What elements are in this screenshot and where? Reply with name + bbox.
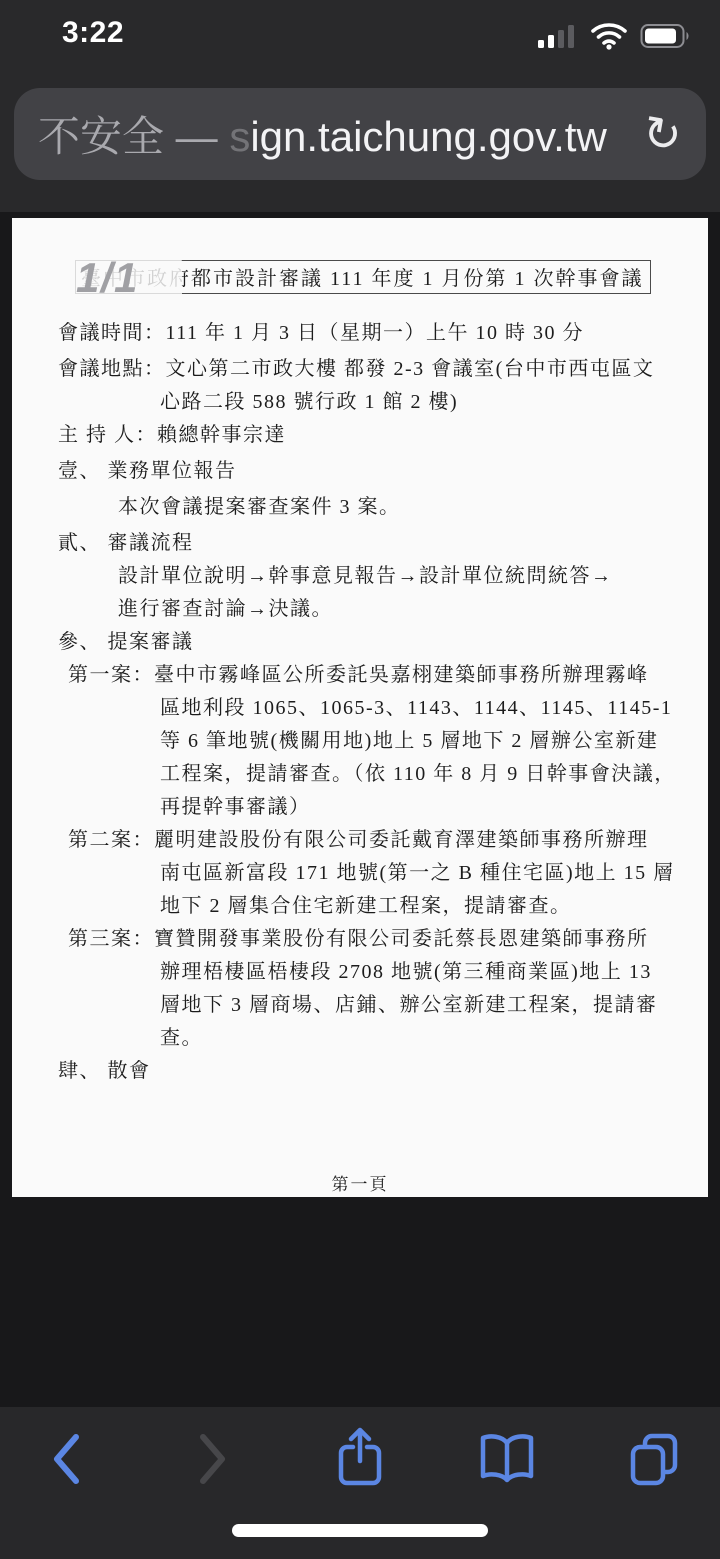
url-text: 不安全 — sign.taichung.gov.tw	[38, 104, 631, 164]
status-time: 3:22	[62, 16, 124, 50]
doc-section4-heading: 肆、 散會	[58, 1055, 708, 1088]
doc-section2-line2: 進行審查討論→決議。	[118, 593, 708, 626]
tabs-button[interactable]	[622, 1423, 686, 1499]
document-page: 1/1 臺中市政府都市設計審議 111 年度 1 月份第 1 次幹事會議 會議時…	[12, 218, 708, 1197]
url-domain: sign.taichung.gov.tw	[229, 113, 606, 161]
bookmarks-button[interactable]	[475, 1423, 539, 1499]
home-indicator[interactable]	[232, 1524, 488, 1537]
page-count-overlay: 1/1	[48, 248, 182, 310]
browser-top-chrome: 3:22	[0, 0, 720, 212]
page-count-label: 1/1	[76, 254, 139, 302]
wifi-icon	[590, 22, 628, 55]
doc-page-footer: 第一頁	[12, 1170, 708, 1195]
doc-line-location-1: 會議地點：文心第二市政大樓 都發 2-3 會議室(台中市西屯區文	[58, 353, 708, 386]
doc-case2-line2: 南屯區新富段 171 地號(第一之 B 種住宅區)地上 15 層	[160, 857, 708, 890]
browser-toolbar	[0, 1407, 720, 1559]
doc-line-chair: 主 持 人：賴總幹事宗達	[58, 419, 708, 452]
doc-section2-heading: 貳、 審議流程	[58, 527, 708, 560]
share-button[interactable]	[328, 1423, 392, 1499]
doc-section1-heading: 壹、 業務單位報告	[58, 455, 708, 488]
chevron-forward-icon	[196, 1430, 230, 1493]
doc-case3-line3: 層地下 3 層商場、店鋪、辦公室新建工程案，提請審	[160, 989, 708, 1022]
url-bar[interactable]: 不安全 — sign.taichung.gov.tw ↻	[14, 88, 706, 180]
forward-button[interactable]	[181, 1423, 245, 1499]
battery-icon	[640, 22, 692, 55]
doc-section2-line1: 設計單位說明→幹事意見報告→設計單位統問統答→	[118, 560, 708, 593]
status-bar: 3:22	[0, 0, 720, 60]
open-book-icon	[478, 1431, 536, 1492]
doc-line-location-2: 心路二段 588 號行政 1 館 2 樓)	[160, 386, 708, 419]
doc-case1-line2: 區地利段 1065、1065-3、1143、1144、1145、1145-1	[160, 692, 708, 725]
doc-case1-line1: 第一案：臺中市霧峰區公所委託吳嘉栩建築師事務所辦理霧峰	[68, 659, 708, 692]
doc-case3-line4: 查。	[160, 1022, 708, 1055]
doc-case1-line4: 工程案，提請審查。（依 110 年 8 月 9 日幹事會決議，	[160, 758, 708, 791]
doc-line-meeting-time: 會議時間：111 年 1 月 3 日（星期一）上午 10 時 30 分	[58, 317, 708, 350]
doc-case3-line2: 辦理梧棲區梧棲段 2708 地號(第三種商業區)地上 13	[160, 956, 708, 989]
doc-section1-body: 本次會議提案審查案件 3 案。	[118, 491, 708, 524]
cellular-signal-icon	[538, 22, 578, 55]
doc-case2-line1: 第二案：麗明建設股份有限公司委託戴育澤建築師事務所辦理	[68, 824, 708, 857]
tab-overview-icon	[627, 1430, 681, 1493]
doc-case1-line5: 再提幹事審議）	[160, 791, 708, 824]
doc-case1-line3: 等 6 筆地號(機關用地)地上 5 層地下 2 層辦公室新建	[160, 725, 708, 758]
chevron-back-icon	[49, 1430, 83, 1493]
doc-case2-line3: 地下 2 層集合住宅新建工程案，提請審查。	[160, 890, 708, 923]
doc-case3-line1: 第三案：寶贊開發事業股份有限公司委託蔡長恩建築師事務所	[68, 923, 708, 956]
url-security-label: 不安全 —	[38, 113, 229, 160]
reload-icon[interactable]: ↻	[640, 108, 686, 160]
share-icon	[335, 1427, 385, 1496]
back-button[interactable]	[34, 1423, 98, 1499]
doc-section3-heading: 參、 提案審議	[58, 626, 708, 659]
